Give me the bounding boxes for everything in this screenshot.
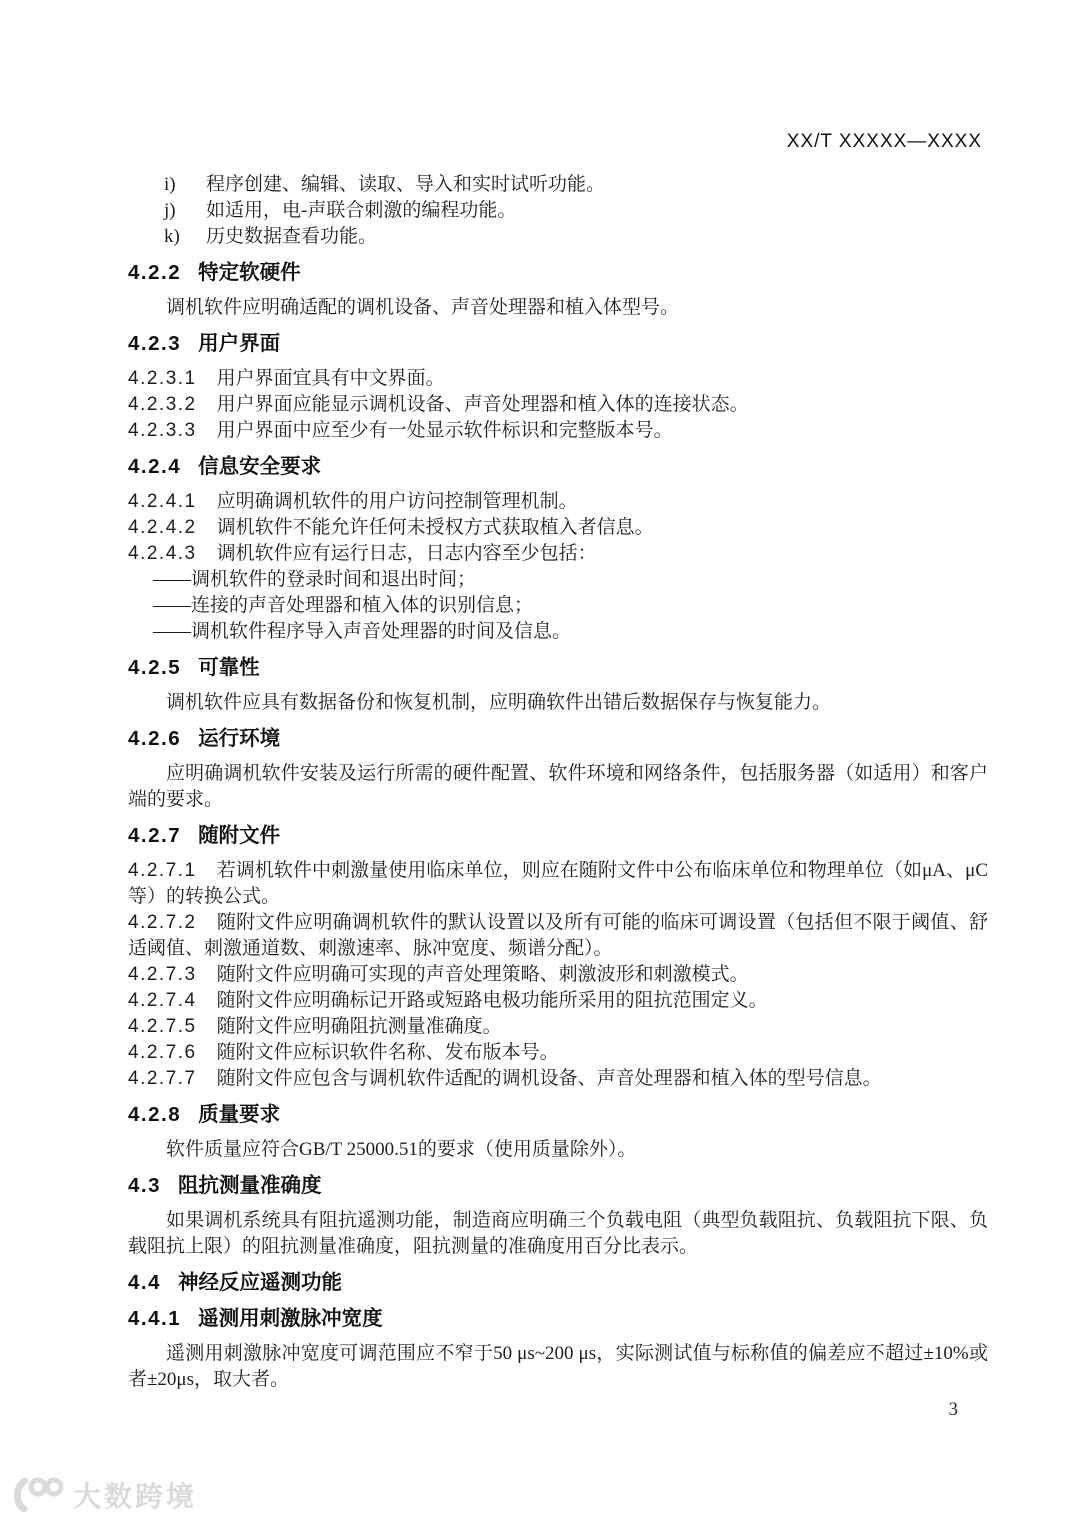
list-item-text: 程序创建、编辑、读取、导入和实时试听功能。: [206, 172, 988, 198]
heading-4-2-8: 4.2.8 质量要求: [128, 1102, 988, 1128]
heading-4-2-2: 4.2.2 特定软硬件: [128, 260, 988, 286]
clause-number: 4.2.3.2: [128, 394, 197, 415]
list-item-label: j): [164, 198, 206, 224]
list-item-label: i): [164, 172, 206, 198]
clause-text: 随附文件应明确标记开路或短路电极功能所采用的阻抗范围定义。: [217, 990, 768, 1011]
paragraph: 调机软件应明确适配的调机设备、声音处理器和植入体型号。: [128, 295, 988, 321]
section-number: 4.2.8: [128, 1102, 181, 1128]
section-title: 运行环境: [198, 726, 280, 752]
clause-row: 4.2.3.2用户界面应能显示调机设备、声音处理器和植入体的连接状态。: [128, 392, 988, 418]
section-title: 随附文件: [198, 823, 280, 849]
section-number: 4.4: [128, 1270, 161, 1296]
heading-4-2-4: 4.2.4 信息安全要求: [128, 454, 988, 480]
clause-row: 4.2.7.5随附文件应明确阻抗测量准确度。: [128, 1014, 988, 1040]
clause-number: 4.2.7.3: [128, 964, 197, 985]
section-number: 4.2.5: [128, 655, 181, 681]
section-title: 用户界面: [198, 331, 280, 357]
section-title: 质量要求: [198, 1102, 280, 1128]
clause-row: 4.2.7.7随附文件应包含与调机软件适配的调机设备、声音处理器和植入体的型号信…: [128, 1066, 988, 1092]
clause-row: 4.2.4.1应明确调机软件的用户访问控制管理机制。: [128, 489, 988, 515]
clause-row: 4.2.7.3随附文件应明确可实现的声音处理策略、刺激波形和刺激模式。: [128, 962, 988, 988]
clause-text: 随附文件应包含与调机软件适配的调机设备、声音处理器和植入体的型号信息。: [217, 1068, 882, 1089]
paragraph: 应明确调机软件安装及运行所需的硬件配置、软件环境和网络条件，包括服务器（如适用）…: [128, 761, 988, 813]
clause-row: 4.2.3.1用户界面宜具有中文界面。: [128, 366, 988, 392]
clause-number: 4.2.4.3: [128, 543, 197, 564]
section-number: 4.2.3: [128, 331, 181, 357]
clause-row: 4.2.7.6随附文件应标识软件名称、发布版本号。: [128, 1040, 988, 1066]
document-code-header: XX/T XXXXX—XXXX: [787, 131, 982, 153]
heading-4-2-6: 4.2.6 运行环境: [128, 726, 988, 752]
document-body: i) 程序创建、编辑、读取、导入和实时试听功能。 j) 如适用，电-声联合刺激的…: [128, 172, 988, 1393]
clause-text: 用户界面中应至少有一处显示软件标识和完整版本号。: [217, 420, 673, 441]
clause-text: 随附文件应明确可实现的声音处理策略、刺激波形和刺激模式。: [217, 964, 749, 985]
section-title: 神经反应遥测功能: [178, 1270, 342, 1296]
list-item: k) 历史数据查看功能。: [128, 224, 988, 250]
paragraph: 调机软件应具有数据备份和恢复机制，应明确软件出错后数据保存与恢复能力。: [128, 690, 988, 716]
clause-row: 4.2.7.1若调机软件中刺激量使用临床单位，则应在随附文件中公布临床单位和物理…: [128, 858, 988, 910]
dash-list-item: ——连接的声音处理器和植入体的识别信息；: [128, 593, 988, 619]
dash-list-item: ——调机软件的登录时间和退出时间；: [128, 567, 988, 593]
section-number: 4.2.7: [128, 823, 181, 849]
clause-number: 4.2.4.1: [128, 491, 197, 512]
heading-4-4: 4.4 神经反应遥测功能: [128, 1270, 988, 1296]
section-number: 4.3: [128, 1173, 161, 1199]
heading-4-4-1: 4.4.1 遥测用刺激脉冲宽度: [128, 1306, 988, 1332]
list-item-text: 如适用，电-声联合刺激的编程功能。: [206, 198, 988, 224]
clause-number: 4.2.3.3: [128, 420, 197, 441]
list-item: i) 程序创建、编辑、读取、导入和实时试听功能。: [128, 172, 988, 198]
clause-row: 4.2.7.4随附文件应明确标记开路或短路电极功能所采用的阻抗范围定义。: [128, 988, 988, 1014]
clause-number: 4.2.7.5: [128, 1016, 197, 1037]
heading-4-2-3: 4.2.3 用户界面: [128, 331, 988, 357]
paragraph: 遥测用刺激脉冲宽度可调范围应不窄于50 μs~200 μs，实际测试值与标称值的…: [128, 1341, 988, 1393]
list-item-label: k): [164, 224, 206, 250]
section-title: 遥测用刺激脉冲宽度: [198, 1306, 383, 1332]
clause-text: 若调机软件中刺激量使用临床单位，则应在随附文件中公布临床单位和物理单位（如μA、…: [128, 860, 988, 907]
clause-number: 4.2.7.1: [128, 860, 197, 881]
heading-4-2-7: 4.2.7 随附文件: [128, 823, 988, 849]
clause-text: 随附文件应标识软件名称、发布版本号。: [217, 1042, 559, 1063]
clause-row: 4.2.3.3用户界面中应至少有一处显示软件标识和完整版本号。: [128, 418, 988, 444]
clause-text: 调机软件应有运行日志，日志内容至少包括：: [217, 543, 597, 564]
clause-text: 随附文件应明确阻抗测量准确度。: [217, 1016, 502, 1037]
page-number: 3: [949, 1399, 959, 1421]
clause-row: 4.2.7.2随附文件应明确调机软件的默认设置以及所有可能的临床可调设置（包括但…: [128, 910, 988, 962]
section-number: 4.2.2: [128, 260, 181, 286]
watermark-100-logo-icon: [8, 1474, 64, 1516]
watermark-text: 大数跨境: [73, 1475, 197, 1515]
list-item: j) 如适用，电-声联合刺激的编程功能。: [128, 198, 988, 224]
clause-number: 4.2.7.2: [128, 912, 197, 933]
watermark: 大数跨境: [8, 1474, 197, 1516]
clause-text: 调机软件不能允许任何未授权方式获取植入者信息。: [217, 517, 654, 538]
clause-text: 随附文件应明确调机软件的默认设置以及所有可能的临床可调设置（包括但不限于阈值、舒…: [128, 912, 988, 959]
section-number: 4.2.4: [128, 454, 181, 480]
section-title: 可靠性: [198, 655, 260, 681]
clause-row: 4.2.4.2调机软件不能允许任何未授权方式获取植入者信息。: [128, 515, 988, 541]
paragraph: 如果调机系统具有阻抗遥测功能，制造商应明确三个负载电阻（典型负载阻抗、负载阻抗下…: [128, 1208, 988, 1260]
clause-number: 4.2.3.1: [128, 368, 197, 389]
section-title: 特定软硬件: [198, 260, 301, 286]
clause-text: 用户界面应能显示调机设备、声音处理器和植入体的连接状态。: [217, 394, 749, 415]
clause-number: 4.2.7.6: [128, 1042, 197, 1063]
clause-text: 应明确调机软件的用户访问控制管理机制。: [217, 491, 578, 512]
list-item-text: 历史数据查看功能。: [206, 224, 988, 250]
clause-text: 用户界面宜具有中文界面。: [217, 368, 445, 389]
paragraph: 软件质量应符合GB/T 25000.51的要求（使用质量除外）。: [128, 1137, 988, 1163]
section-title: 阻抗测量准确度: [178, 1173, 322, 1199]
section-number: 4.2.6: [128, 726, 181, 752]
dash-list-item: ——调机软件程序导入声音处理器的时间及信息。: [128, 619, 988, 645]
document-page: XX/T XXXXX—XXXX i) 程序创建、编辑、读取、导入和实时试听功能。…: [0, 0, 1080, 1527]
section-number: 4.4.1: [128, 1306, 181, 1332]
clause-row: 4.2.4.3调机软件应有运行日志，日志内容至少包括：: [128, 541, 988, 567]
clause-number: 4.2.7.4: [128, 990, 197, 1011]
heading-4-3: 4.3 阻抗测量准确度: [128, 1173, 988, 1199]
clause-number: 4.2.4.2: [128, 517, 197, 538]
clause-number: 4.2.7.7: [128, 1068, 197, 1089]
heading-4-2-5: 4.2.5 可靠性: [128, 655, 988, 681]
section-title: 信息安全要求: [198, 454, 321, 480]
